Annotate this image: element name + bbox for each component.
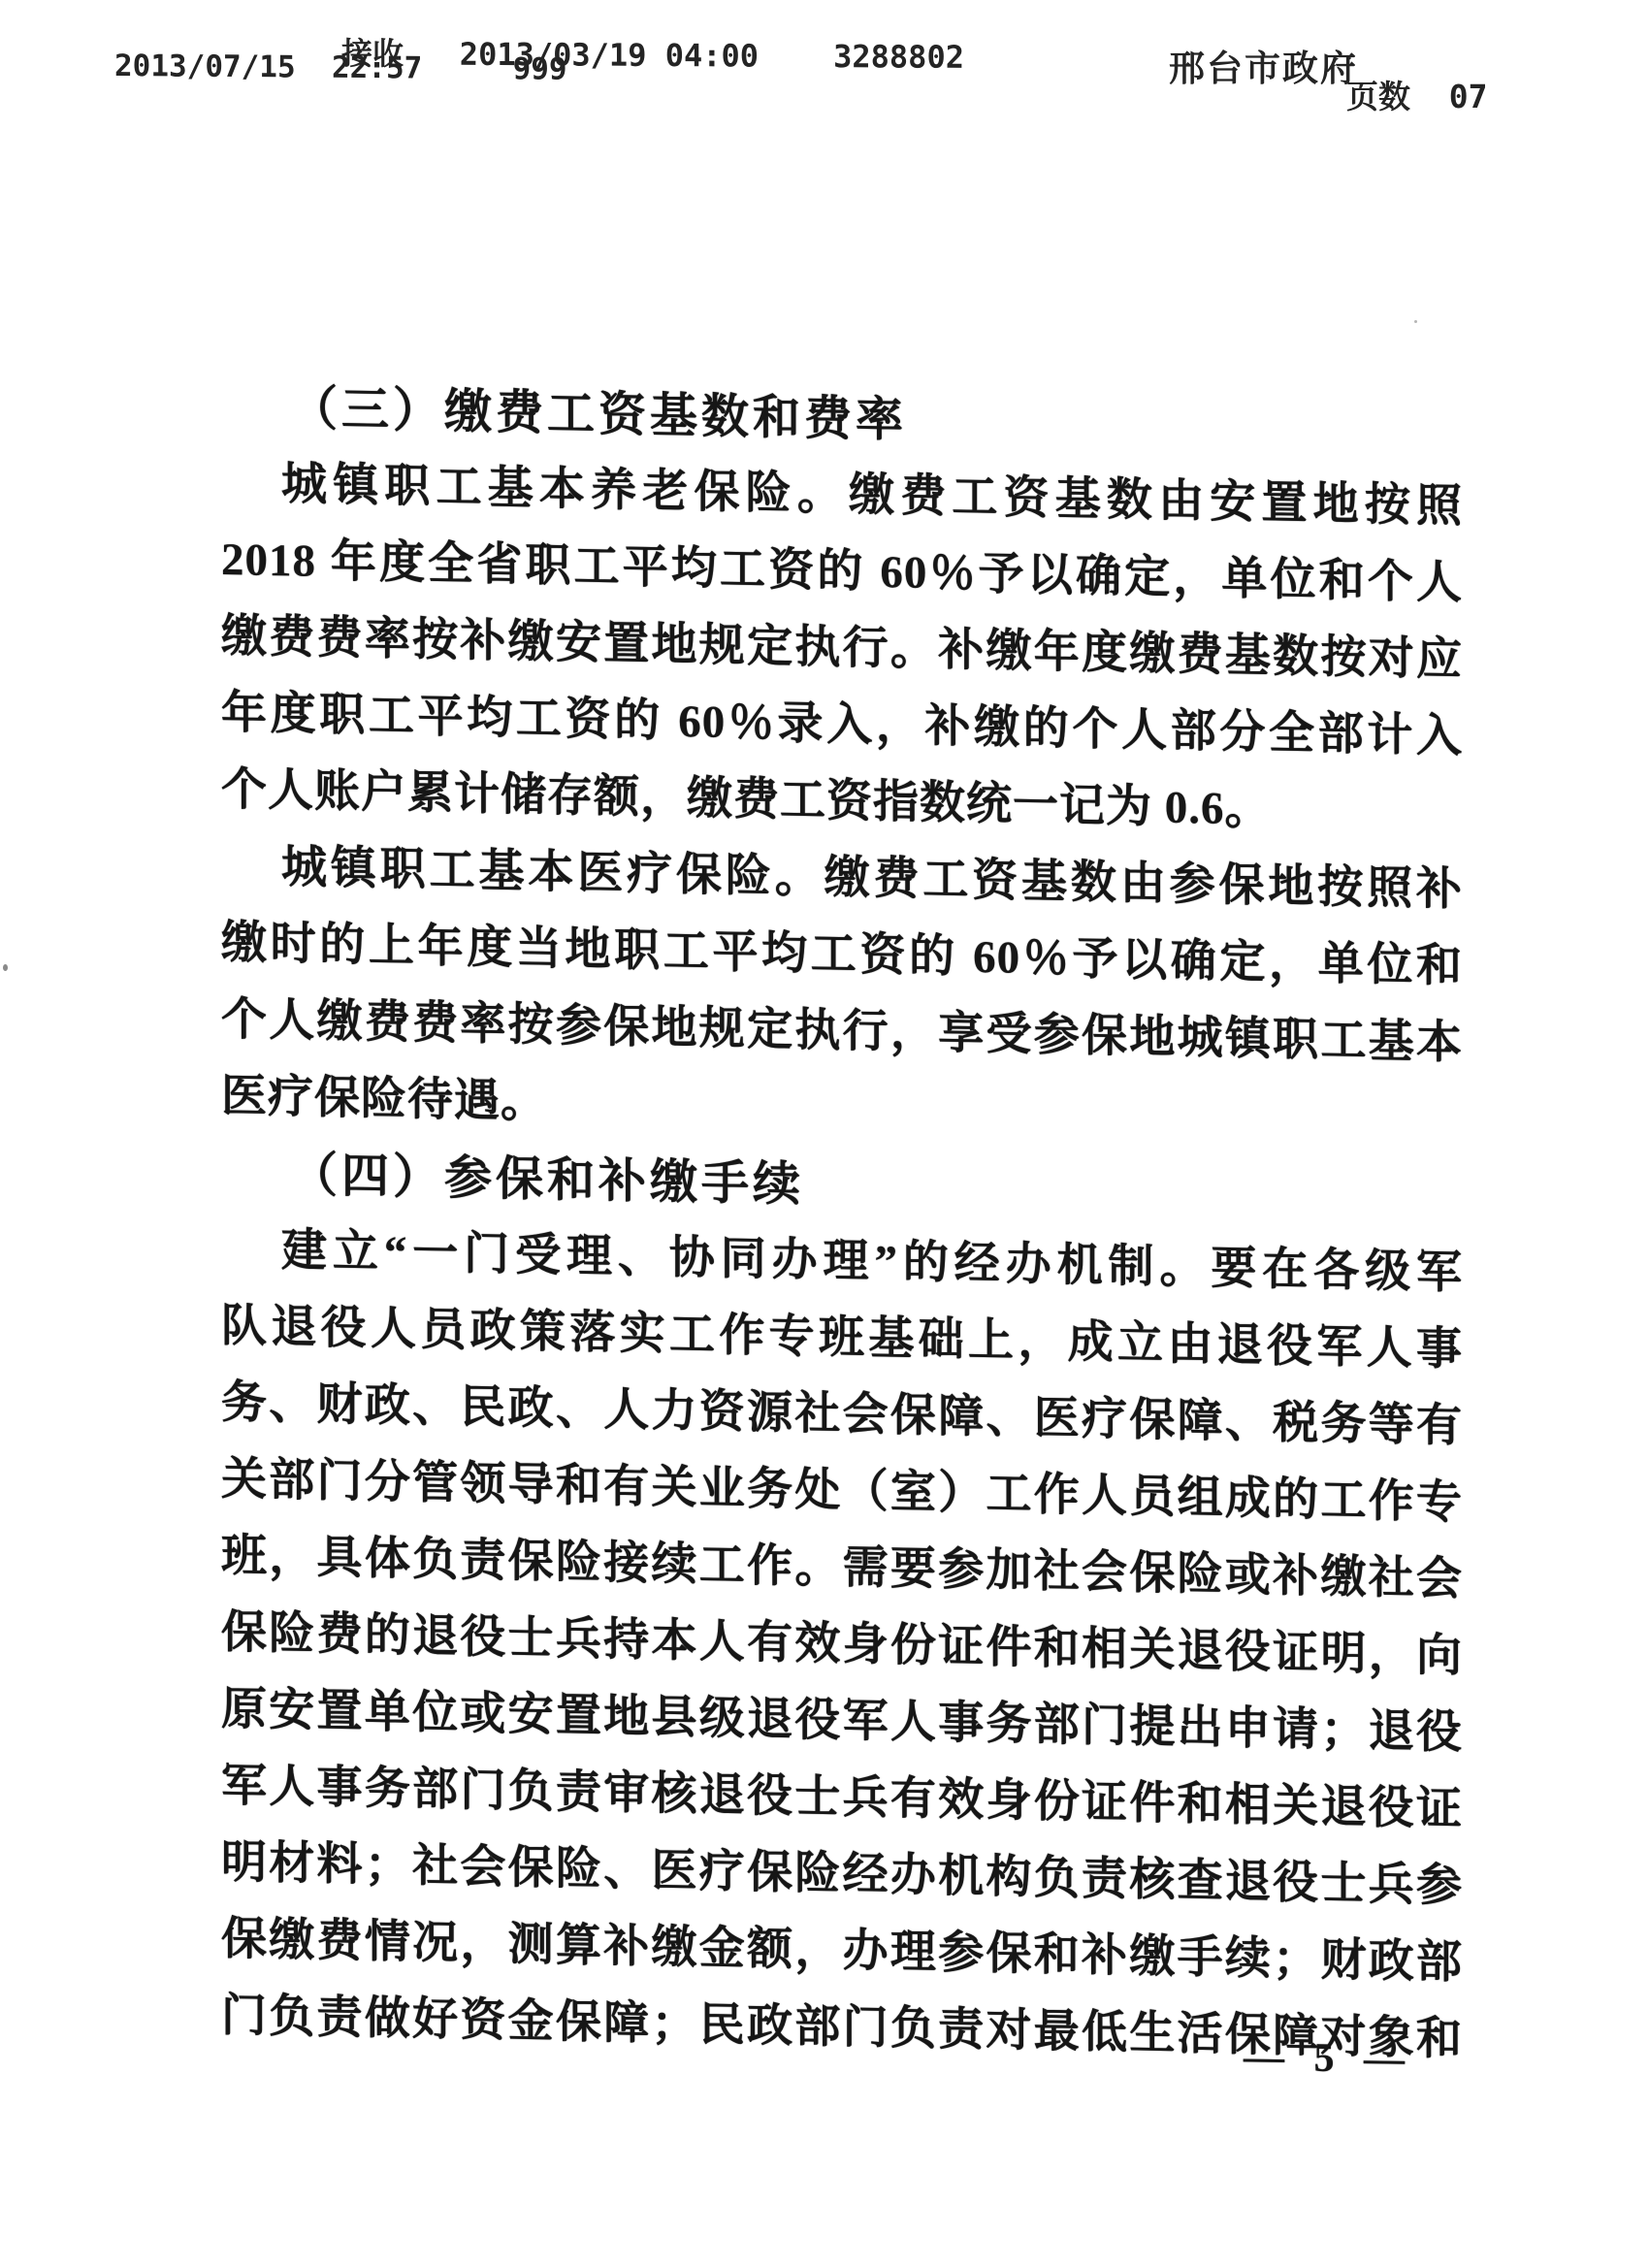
fax-sender-name: 邢台市政府 [1169,39,1358,91]
document-body: （三）缴费工资基数和费率城镇职工基本养老保险。缴费工资基数由安置地按照2018 … [221,369,1463,2079]
scan-speck [3,964,8,971]
scan-speck [1414,320,1417,323]
scan-speck [341,1934,344,1937]
page-number: — 5 — [1244,2034,1414,2083]
fax-page-count: 页数 07 [1346,72,1487,117]
fax-timestamp-stamp: 2013/07/15 22:57 999 [114,49,567,87]
scanned-fax-page: 接收 2013/03/19 04:00 3288802 2013/07/15 2… [0,0,1649,2268]
